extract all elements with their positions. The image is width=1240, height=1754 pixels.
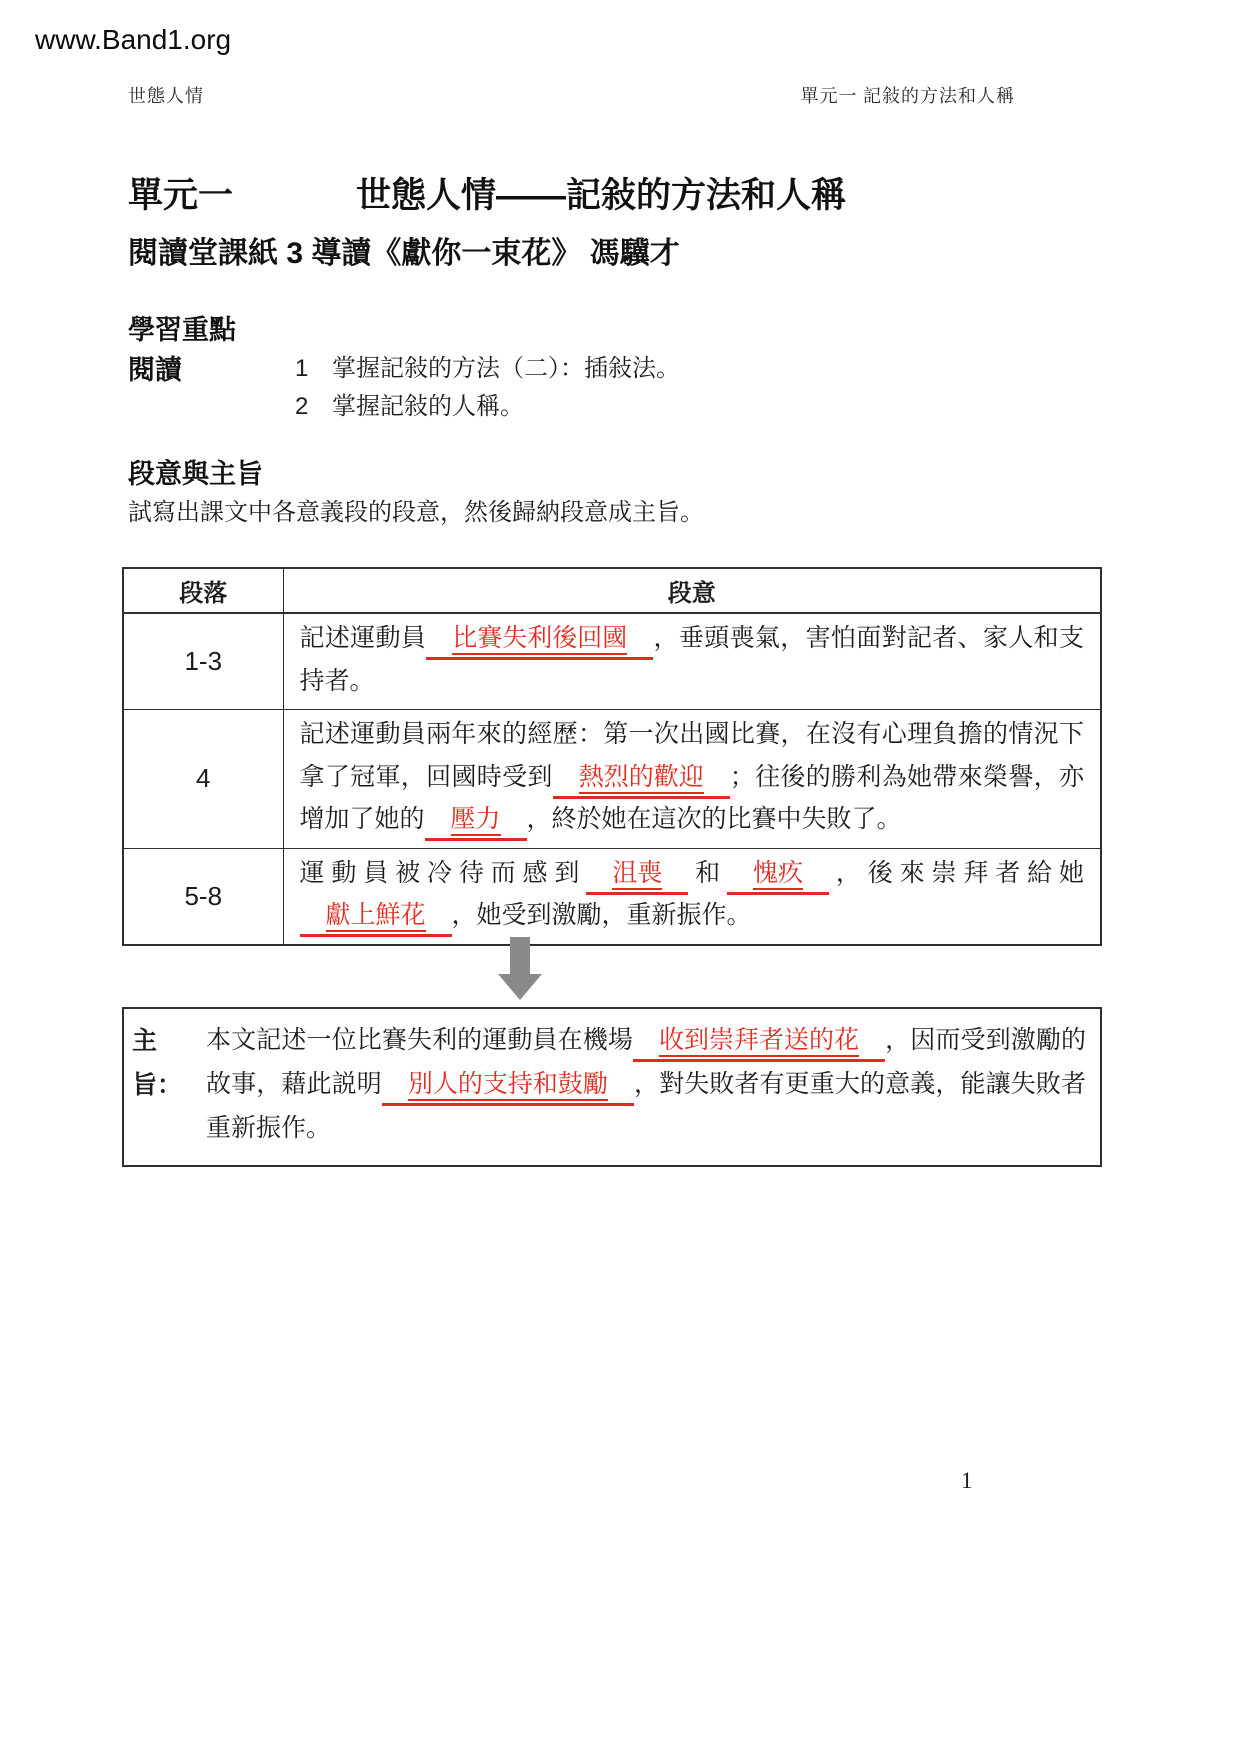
answer-text: 比賽失利後回國 (452, 625, 627, 655)
paragraph-meaning: 運動員被冷待而感到沮喪和愧疚，後來崇拜者給她獻上鮮花，她受到激勵，重新振作。 (283, 848, 1101, 945)
arrow-shaft (510, 937, 530, 974)
context-text: 本文記述一位比賽失利的運動員在機場 (206, 1027, 633, 1054)
answer-text: 壓力 (451, 806, 501, 836)
section-instruction: 試寫出課文中各意義段的段意，然後歸納段意成主旨。 (128, 492, 704, 527)
answer-text: 別人的支持和鼓勵 (408, 1071, 608, 1101)
down-arrow-icon (498, 937, 542, 1000)
column-header-meaning: 段意 (283, 568, 1101, 613)
learning-points-list: 1 掌握記敍的方法（二）：插敍法。 2 掌握記敍的人稱。 (295, 350, 680, 426)
item-number: 1 (295, 350, 332, 388)
paragraph-meaning: 記述運動員兩年來的經歷：第一次出國比賽，在沒有心理負擔的情況下拿了冠軍，回國時受… (283, 710, 1101, 849)
context-text: 記述運動員 (300, 625, 427, 652)
page-number: 1 (961, 1468, 973, 1494)
context-text: 和 (688, 860, 727, 887)
paragraph-range: 5-8 (123, 848, 283, 945)
paragraph-meaning-table: 段落 段意 1-3記述運動員比賽失利後回國，垂頭喪氣，害怕面對記者、家人和支持者… (122, 567, 1102, 946)
answer-text: 熱烈的歡迎 (579, 764, 704, 794)
list-item: 1 掌握記敍的方法（二）：插敍法。 (295, 350, 680, 388)
theme-summary-box: 主旨： 本文記述一位比賽失利的運動員在機場收到崇拜者送的花，因而受到激勵的故事，… (122, 1007, 1102, 1167)
segment-table-body: 1-3記述運動員比賽失利後回國，垂頭喪氣，害怕面對記者、家人和支持者。4記述運動… (123, 613, 1101, 945)
item-text: 掌握記敍的人稱。 (332, 388, 524, 426)
page-title: 單元一世態人情——記敍的方法和人稱 (128, 168, 846, 218)
table-row: 1-3記述運動員比賽失利後回國，垂頭喪氣，害怕面對記者、家人和支持者。 (123, 613, 1101, 710)
table-row: 4記述運動員兩年來的經歷：第一次出國比賽，在沒有心理負擔的情況下拿了冠軍，回國時… (123, 710, 1101, 849)
summary-text: 本文記述一位比賽失利的運動員在機場收到崇拜者送的花，因而受到激勵的故事，藉此説明… (206, 1019, 1086, 1151)
table-row: 5-8運動員被冷待而感到沮喪和愧疚，後來崇拜者給她獻上鮮花，她受到激勵，重新振作… (123, 848, 1101, 945)
answer-text: 沮喪 (612, 860, 662, 890)
answer-text: 收到崇拜者送的花 (659, 1027, 859, 1057)
answer-text: 愧疚 (753, 860, 803, 890)
context-text: 運動員被冷待而感到 (300, 860, 587, 887)
context-text: ，她受到激勵，重新振作。 (452, 902, 752, 929)
column-header-paragraph: 段落 (123, 568, 283, 613)
site-watermark: www.Band1.org (35, 24, 231, 56)
reading-category-label: 閱讀 (128, 348, 182, 387)
learning-points-heading: 學習重點 (128, 308, 236, 347)
item-number: 2 (295, 388, 332, 426)
answer-blank: 愧疚 (727, 858, 829, 895)
answer-text: 獻上鮮花 (326, 902, 426, 932)
answer-blank: 壓力 (425, 804, 527, 841)
running-header-left: 世態人情 (128, 82, 204, 108)
table-header-row: 段落 段意 (123, 568, 1101, 613)
unit-label: 單元一 (128, 176, 233, 215)
arrow-head (498, 974, 542, 1000)
worksheet-subtitle: 閱讀堂課紙 3 導讀《獻你一束花》 馮驥才 (128, 228, 680, 272)
answer-blank: 沮喪 (586, 858, 688, 895)
context-text: ，後來崇拜者給她 (829, 860, 1084, 887)
paragraph-meaning: 記述運動員比賽失利後回國，垂頭喪氣，害怕面對記者、家人和支持者。 (283, 613, 1101, 710)
summary-label: 主旨： (132, 1019, 206, 1107)
answer-blank: 熱烈的歡迎 (553, 762, 730, 799)
answer-blank: 別人的支持和鼓勵 (382, 1069, 634, 1106)
title-main: 世態人情——記敍的方法和人稱 (356, 176, 846, 215)
answer-blank: 比賽失利後回國 (426, 623, 653, 660)
item-text: 掌握記敍的方法（二）：插敍法。 (332, 350, 680, 388)
answer-blank: 收到崇拜者送的花 (633, 1025, 885, 1062)
list-item: 2 掌握記敍的人稱。 (295, 388, 680, 426)
answer-blank: 獻上鮮花 (300, 900, 452, 937)
document-page: www.Band1.org 世態人情 單元一 記敍的方法和人稱 單元一世態人情—… (0, 0, 1240, 1754)
section-heading: 段意與主旨 (128, 452, 263, 491)
context-text: ，終於她在這次的比賽中失敗了。 (527, 806, 902, 833)
paragraph-range: 4 (123, 710, 283, 849)
running-header-right: 單元一 記敍的方法和人稱 (801, 82, 1016, 108)
paragraph-range: 1-3 (123, 613, 283, 710)
